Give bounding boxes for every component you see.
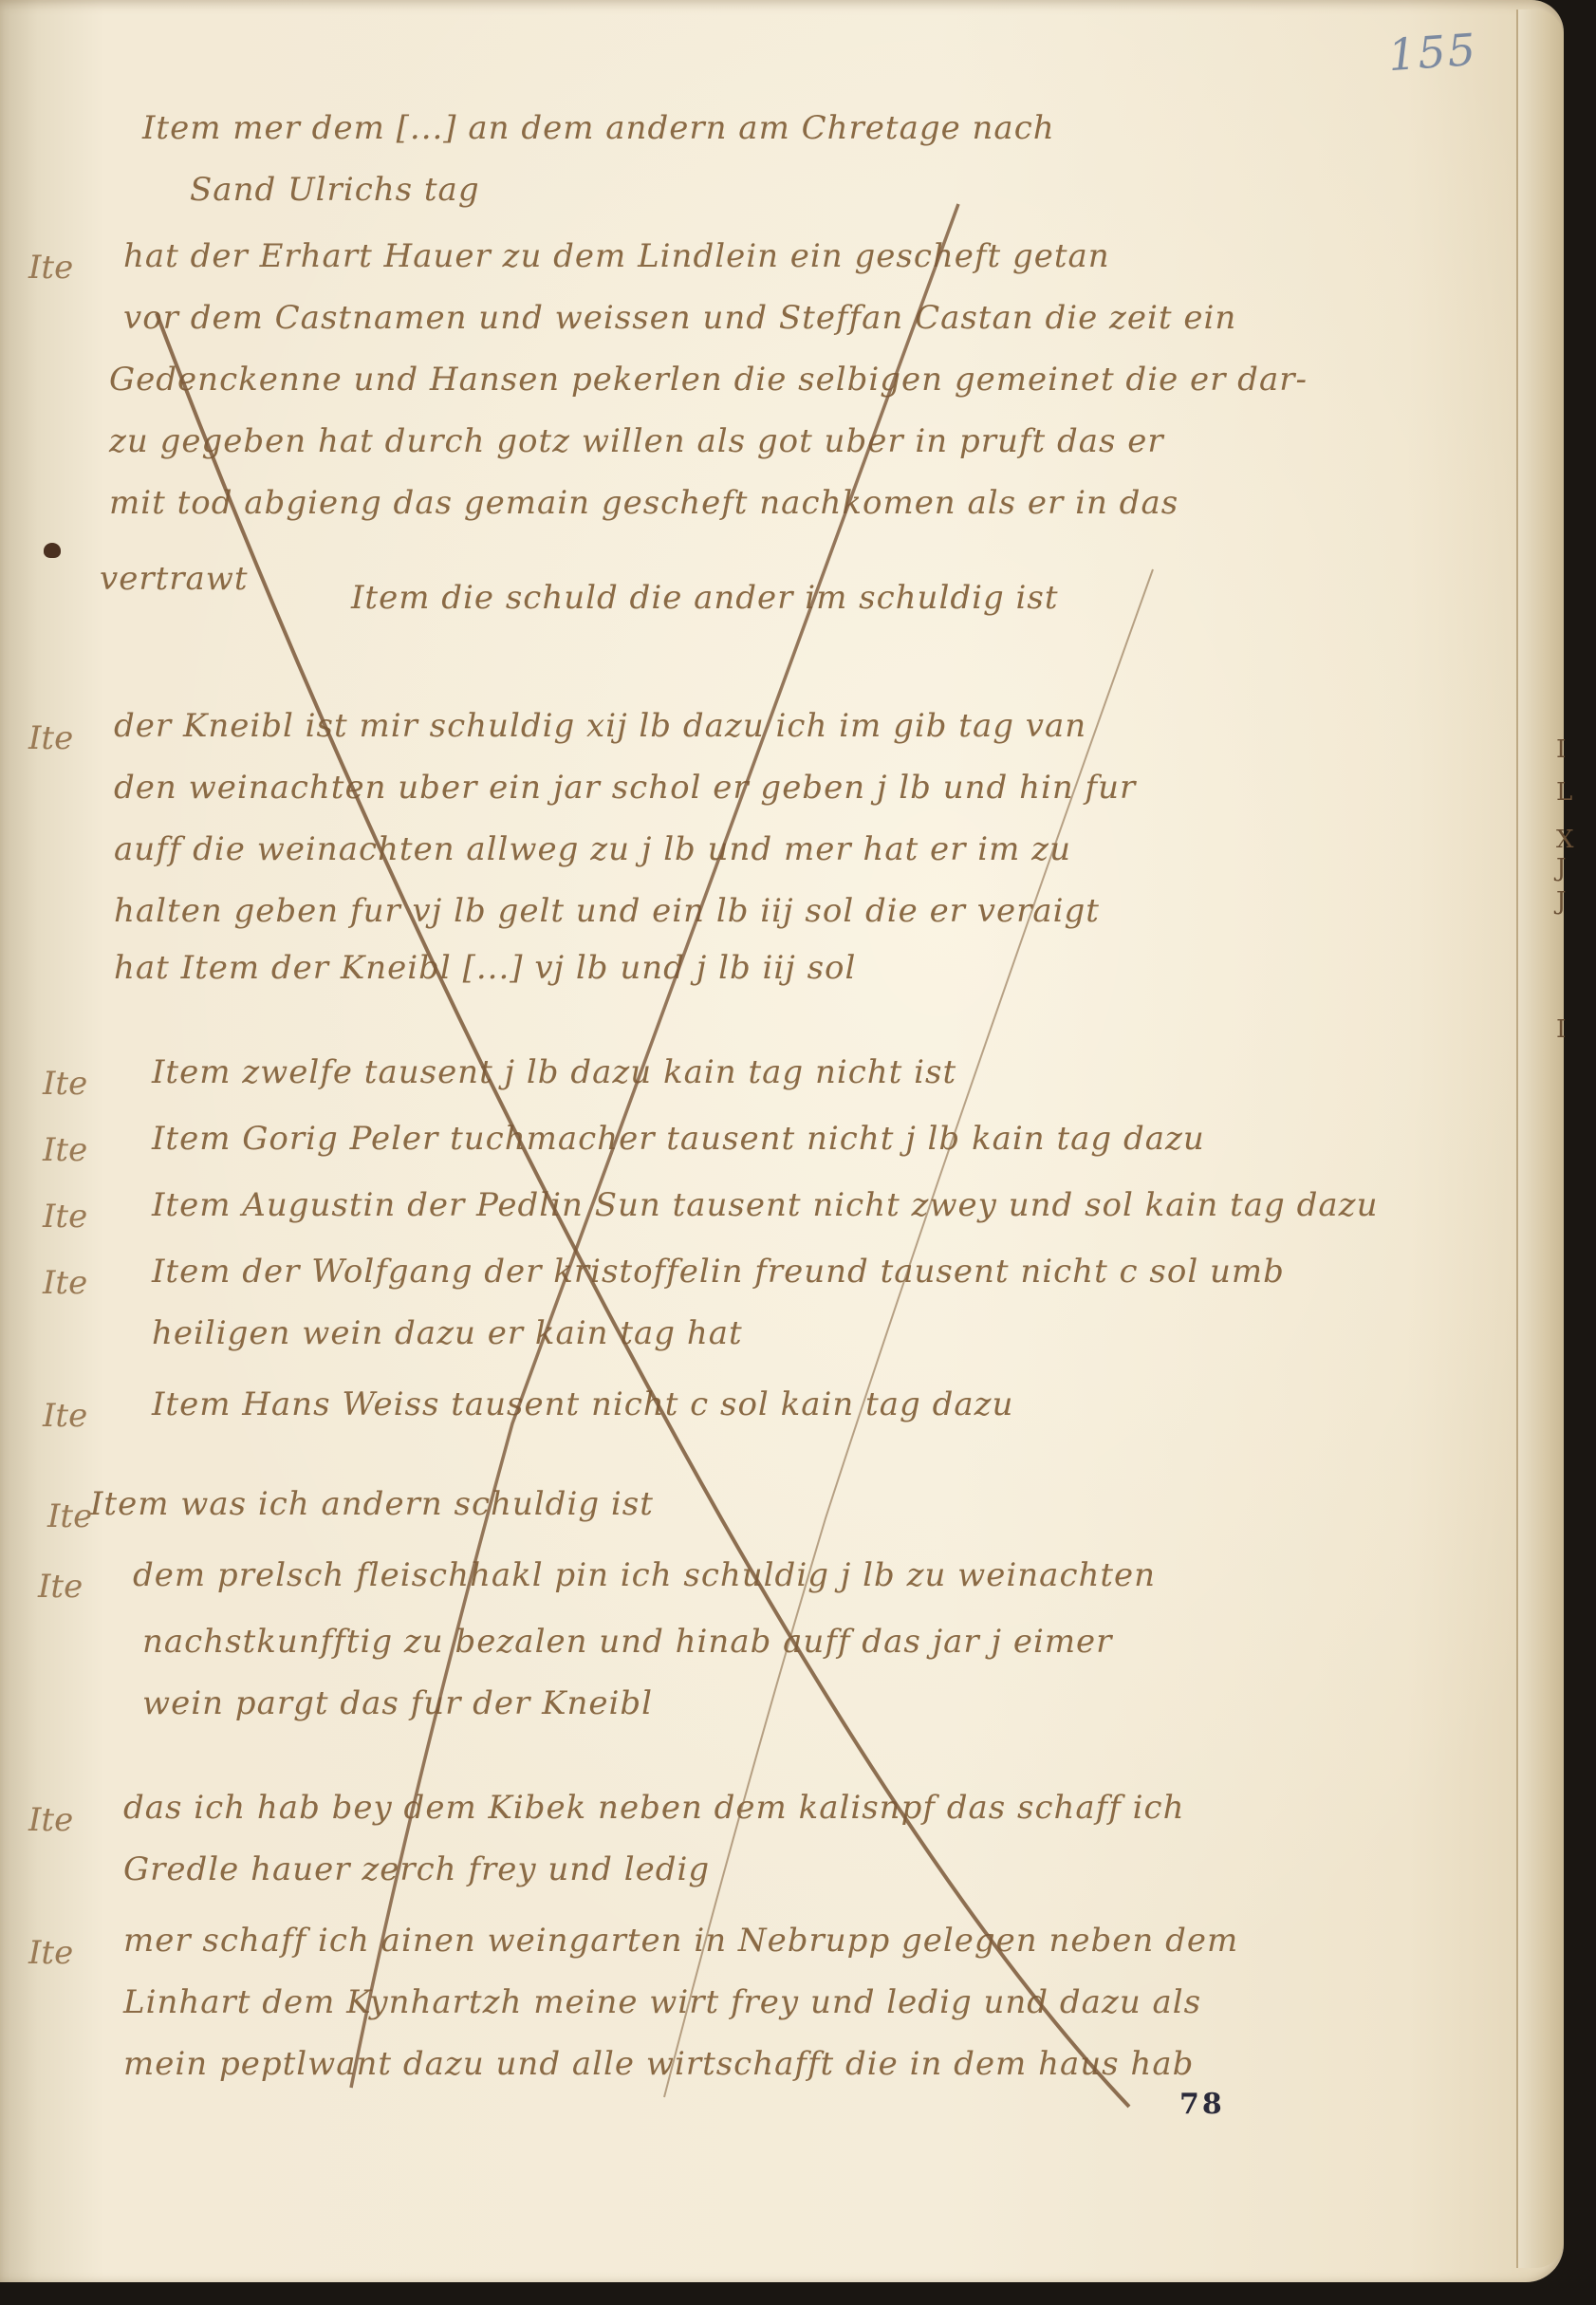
text-line: vor dem Castnamen und weissen und Steffa… (123, 299, 1236, 337)
item-mark: Ite (28, 1801, 73, 1839)
text-line: den weinachten uber ein jar schol er geb… (114, 769, 1136, 807)
item-mark: Ite (43, 1065, 87, 1103)
text-line: wein pargt das fur der Kneibl (142, 1684, 653, 1722)
item-mark: Ite (28, 719, 73, 757)
text-line: das ich hab bey dem Kibek neben dem kali… (123, 1789, 1184, 1827)
text-line: dem prelsch fleischhakl pin ich schuldig… (133, 1556, 1156, 1594)
margin-tally-1: I (1556, 735, 1566, 764)
text-line: der Kneibl ist mir schuldig xij lb dazu … (114, 707, 1086, 745)
folio-number: 155 (1386, 24, 1478, 81)
text-line: mein peptlwant dazu und alle wirtschafft… (123, 2045, 1194, 2083)
text-line: hat der Erhart Hauer zu dem Lindlein ein… (123, 237, 1110, 275)
item-mark: Ite (43, 1264, 87, 1302)
text-line: Item Gorig Peler tuchmacher tausent nich… (152, 1120, 1205, 1158)
text-line: Item der Wolfgang der kristoffelin freun… (152, 1253, 1285, 1291)
text-line: Sand Ulrichs tag (190, 171, 480, 209)
text-line: halten geben fur vj lb gelt und ein lb i… (114, 892, 1100, 930)
item-mark: Ite (43, 1397, 87, 1435)
text-line: Item Augustin der Pedlin Sun tausent nic… (152, 1186, 1378, 1224)
margin-tally-4: J (1556, 854, 1566, 883)
margin-tally-6: I (1556, 1015, 1566, 1044)
margin-tally-5: J (1556, 887, 1566, 916)
ink-blot (44, 543, 61, 558)
item-mark: Ite (43, 1131, 87, 1169)
text-line: Item die schuld die ander im schuldig is… (351, 579, 1059, 617)
text-line: vertrawt (100, 560, 249, 598)
text-line: heiligen wein dazu er kain tag hat (152, 1314, 743, 1352)
text-line: Gredle hauer zerch frey und ledig (123, 1850, 710, 1888)
margin-tally-3: X (1556, 826, 1574, 854)
text-line: Gedenckenne und Hansen pekerlen die selb… (109, 361, 1308, 399)
text-line: Item was ich andern schuldig ist (90, 1485, 654, 1523)
item-mark: Ite (38, 1568, 83, 1606)
text-line: Item Hans Weiss tausent nicht c sol kain… (152, 1385, 1013, 1423)
item-mark: Ite (47, 1497, 92, 1535)
text-line: Linhart dem Kynhartzh meine wirt frey un… (123, 1983, 1201, 2021)
item-mark: Ite (28, 249, 73, 287)
text-line: Item zwelfe tausent j lb dazu kain tag n… (152, 1053, 956, 1091)
page-edge (1516, 9, 1564, 2268)
item-mark: Ite (43, 1198, 87, 1236)
text-line: hat Item der Kneibl [...] vj lb und j lb… (114, 949, 856, 987)
margin-tally-2: L (1556, 778, 1572, 807)
item-mark: Ite (28, 1934, 73, 1972)
text-line: zu gegeben hat durch gotz willen als got… (109, 422, 1164, 460)
text-line: mit tod abgieng das gemain gescheft nach… (109, 484, 1178, 522)
page-number: 78 (1179, 2088, 1225, 2121)
text-line: Item mer dem [...] an dem andern am Chre… (142, 109, 1055, 147)
text-line: nachstkunfftig zu bezalen und hinab auff… (142, 1623, 1112, 1661)
text-line: mer schaff ich ainen weingarten in Nebru… (123, 1922, 1238, 1960)
text-line: auff die weinachten allweg zu j lb und m… (114, 830, 1071, 868)
